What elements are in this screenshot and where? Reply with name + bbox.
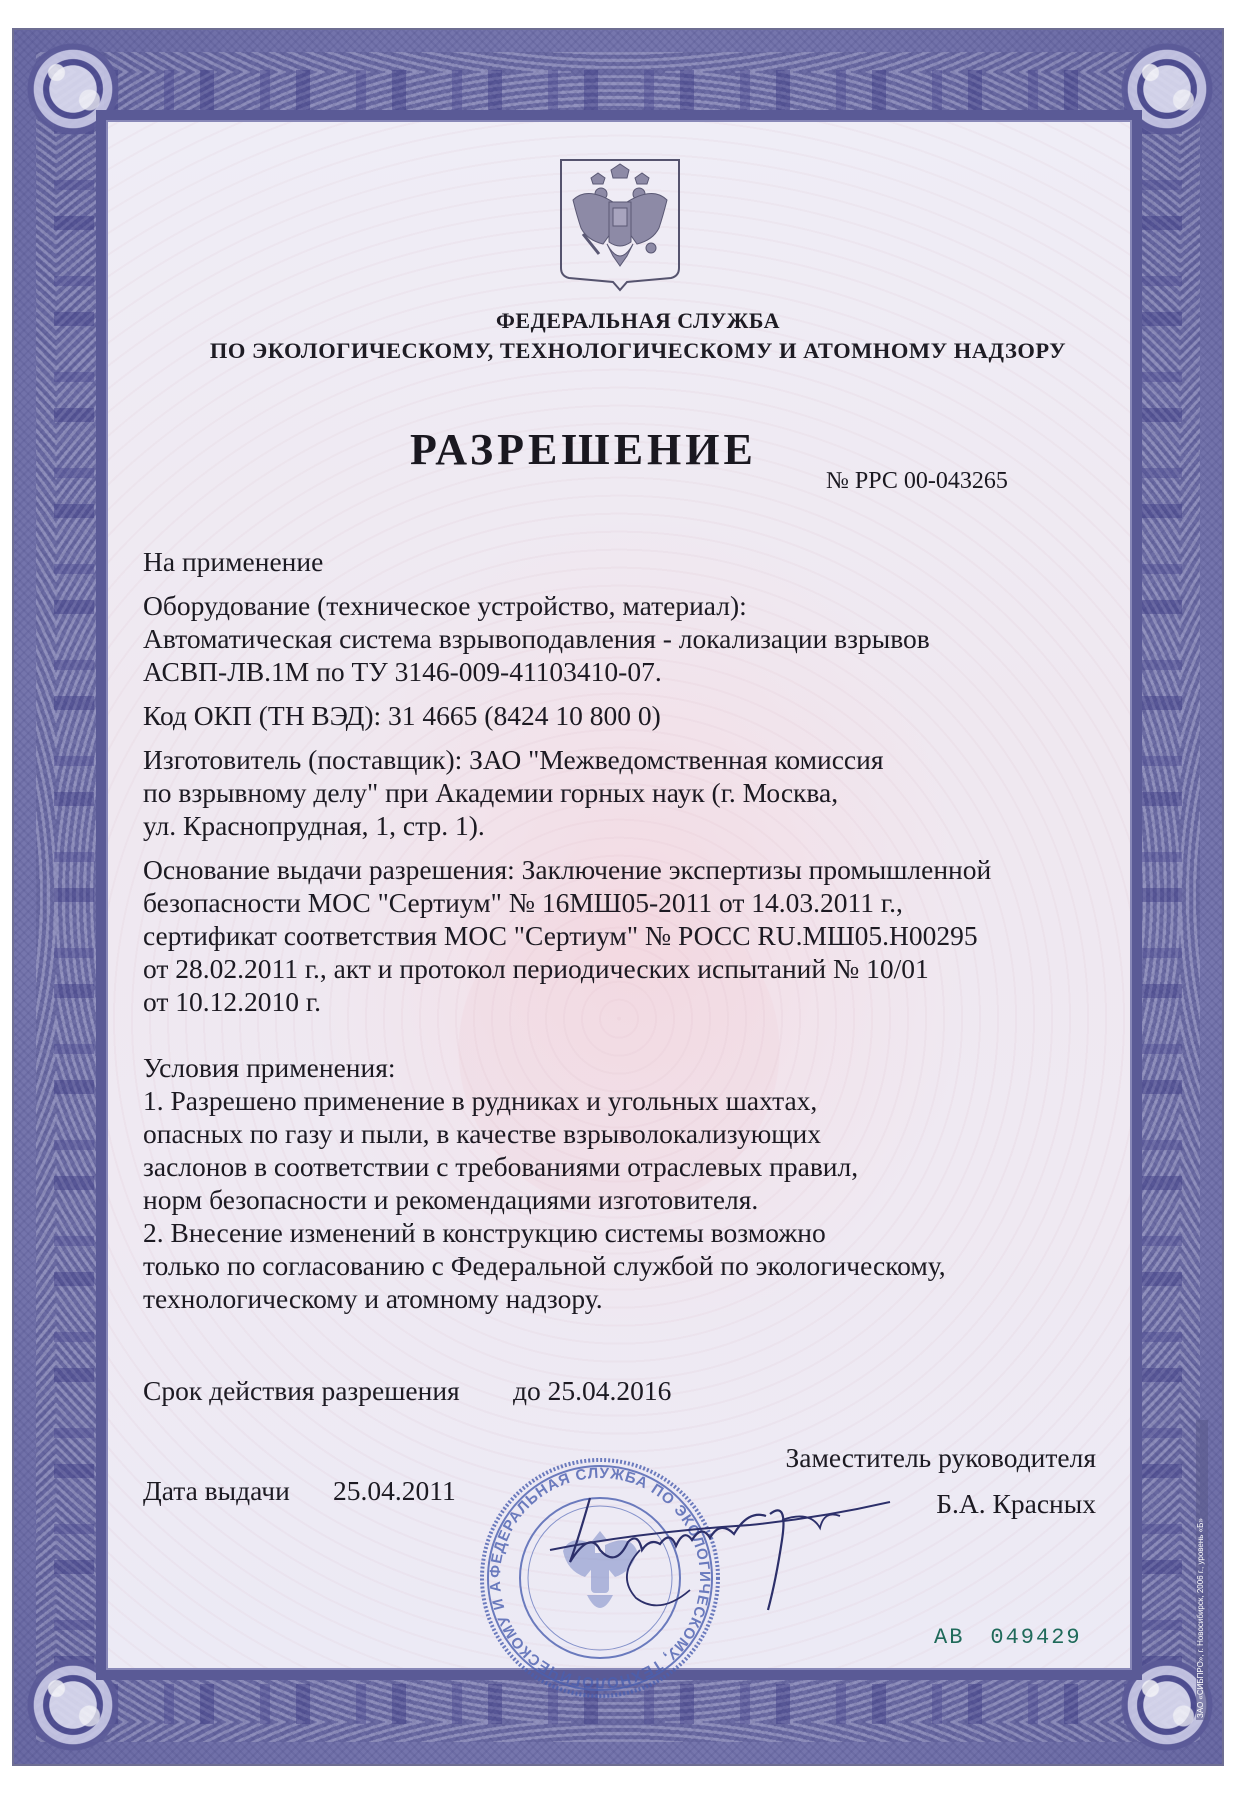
serial-number: 049429: [990, 1625, 1081, 1650]
conditions-section: Условия применения: 1. Разрешено примене…: [143, 1051, 1103, 1315]
form-serial-number: АВ049429: [934, 1625, 1082, 1650]
basis-line: Основание выдачи разрешения: Заключение …: [143, 853, 1103, 886]
serial-series: АВ: [934, 1625, 964, 1650]
purpose: На применение: [143, 545, 1103, 578]
validity-period: Срок действия разрешениядо 25.04.2016: [143, 1375, 671, 1407]
condition-line: опасных по газу и пыли, в качестве взрыв…: [143, 1117, 1103, 1150]
manufacturer-line: ул. Краснопрудная, 1, стр. 1).: [143, 809, 1103, 842]
handwritten-signature: [520, 1480, 900, 1620]
manufacturer-line: по взрывному делу" при Академии горных н…: [143, 776, 1103, 809]
document-body: На применение Оборудование (техническое …: [143, 545, 1103, 1326]
printer-imprint: ЗАО «СИБПРО», г. Новосибирск, 2006 г., у…: [1196, 1420, 1208, 1720]
basis-line: от 28.02.2011 г., акт и протокол периоди…: [143, 952, 1103, 985]
basis-section: Основание выдачи разрешения: Заключение …: [143, 853, 1103, 1018]
condition-line: технологическому и атомному надзору.: [143, 1282, 1103, 1315]
condition-line: заслонов в соответствии с требованиями о…: [143, 1150, 1103, 1183]
condition-line: норм безопасности и рекомендациями изгот…: [143, 1183, 1103, 1216]
manufacturer-line: Изготовитель (поставщик): ЗАО "Межведомс…: [143, 743, 1103, 776]
purpose-text: На применение: [143, 545, 1103, 578]
document-title: РАЗРЕШЕНИЕ: [410, 424, 757, 475]
border-ornament-top: [104, 70, 1132, 110]
equipment-section: Оборудование (техническое устройство, ма…: [143, 589, 1103, 688]
condition-line: только по согласованию с Федеральной слу…: [143, 1249, 1103, 1282]
agency-name-line1: ФЕДЕРАЛЬНАЯ СЛУЖБА: [18, 308, 1240, 334]
basis-line: от 10.12.2010 г.: [143, 985, 1103, 1018]
issue-date-block: Дата выдачи25.04.2011: [143, 1475, 456, 1507]
conditions-label: Условия применения:: [143, 1051, 1103, 1084]
equipment-line: Автоматическая система взрывоподавления …: [143, 622, 1103, 655]
signer-position: Заместитель руководителя: [786, 1435, 1097, 1481]
validity-date: до 25.04.2016: [513, 1375, 671, 1406]
validity-label: Срок действия разрешения: [143, 1375, 513, 1407]
condition-line: 1. Разрешено применение в рудниках и уго…: [143, 1084, 1103, 1117]
agency-name-line2: ПО ЭКОЛОГИЧЕСКОМУ, ТЕХНОЛОГИЧЕСКОМУ И АТ…: [18, 338, 1240, 364]
manufacturer-section: Изготовитель (поставщик): ЗАО "Межведомс…: [143, 743, 1103, 842]
okp-code: Код ОКП (ТН ВЭД): 31 4665 (8424 10 800 0…: [143, 699, 1103, 732]
equipment-line: АСВП-ЛВ.1М по ТУ 3146-009-41103410-07.: [143, 655, 1103, 688]
code-section: Код ОКП (ТН ВЭД): 31 4665 (8424 10 800 0…: [143, 699, 1103, 732]
basis-line: сертификат соответствия МОС "Сертиум" № …: [143, 919, 1103, 952]
russian-coat-of-arms-icon: [557, 156, 683, 296]
condition-line: 2. Внесение изменений в конструкцию сист…: [143, 1216, 1103, 1249]
permit-number: № РРС 00-043265: [826, 468, 1008, 495]
issue-date-label: Дата выдачи: [143, 1475, 333, 1507]
basis-line: безопасности МОС "Сертиум" № 16МШ05-2011…: [143, 886, 1103, 919]
equipment-label: Оборудование (техническое устройство, ма…: [143, 589, 1103, 622]
issue-date: 25.04.2011: [333, 1475, 456, 1506]
